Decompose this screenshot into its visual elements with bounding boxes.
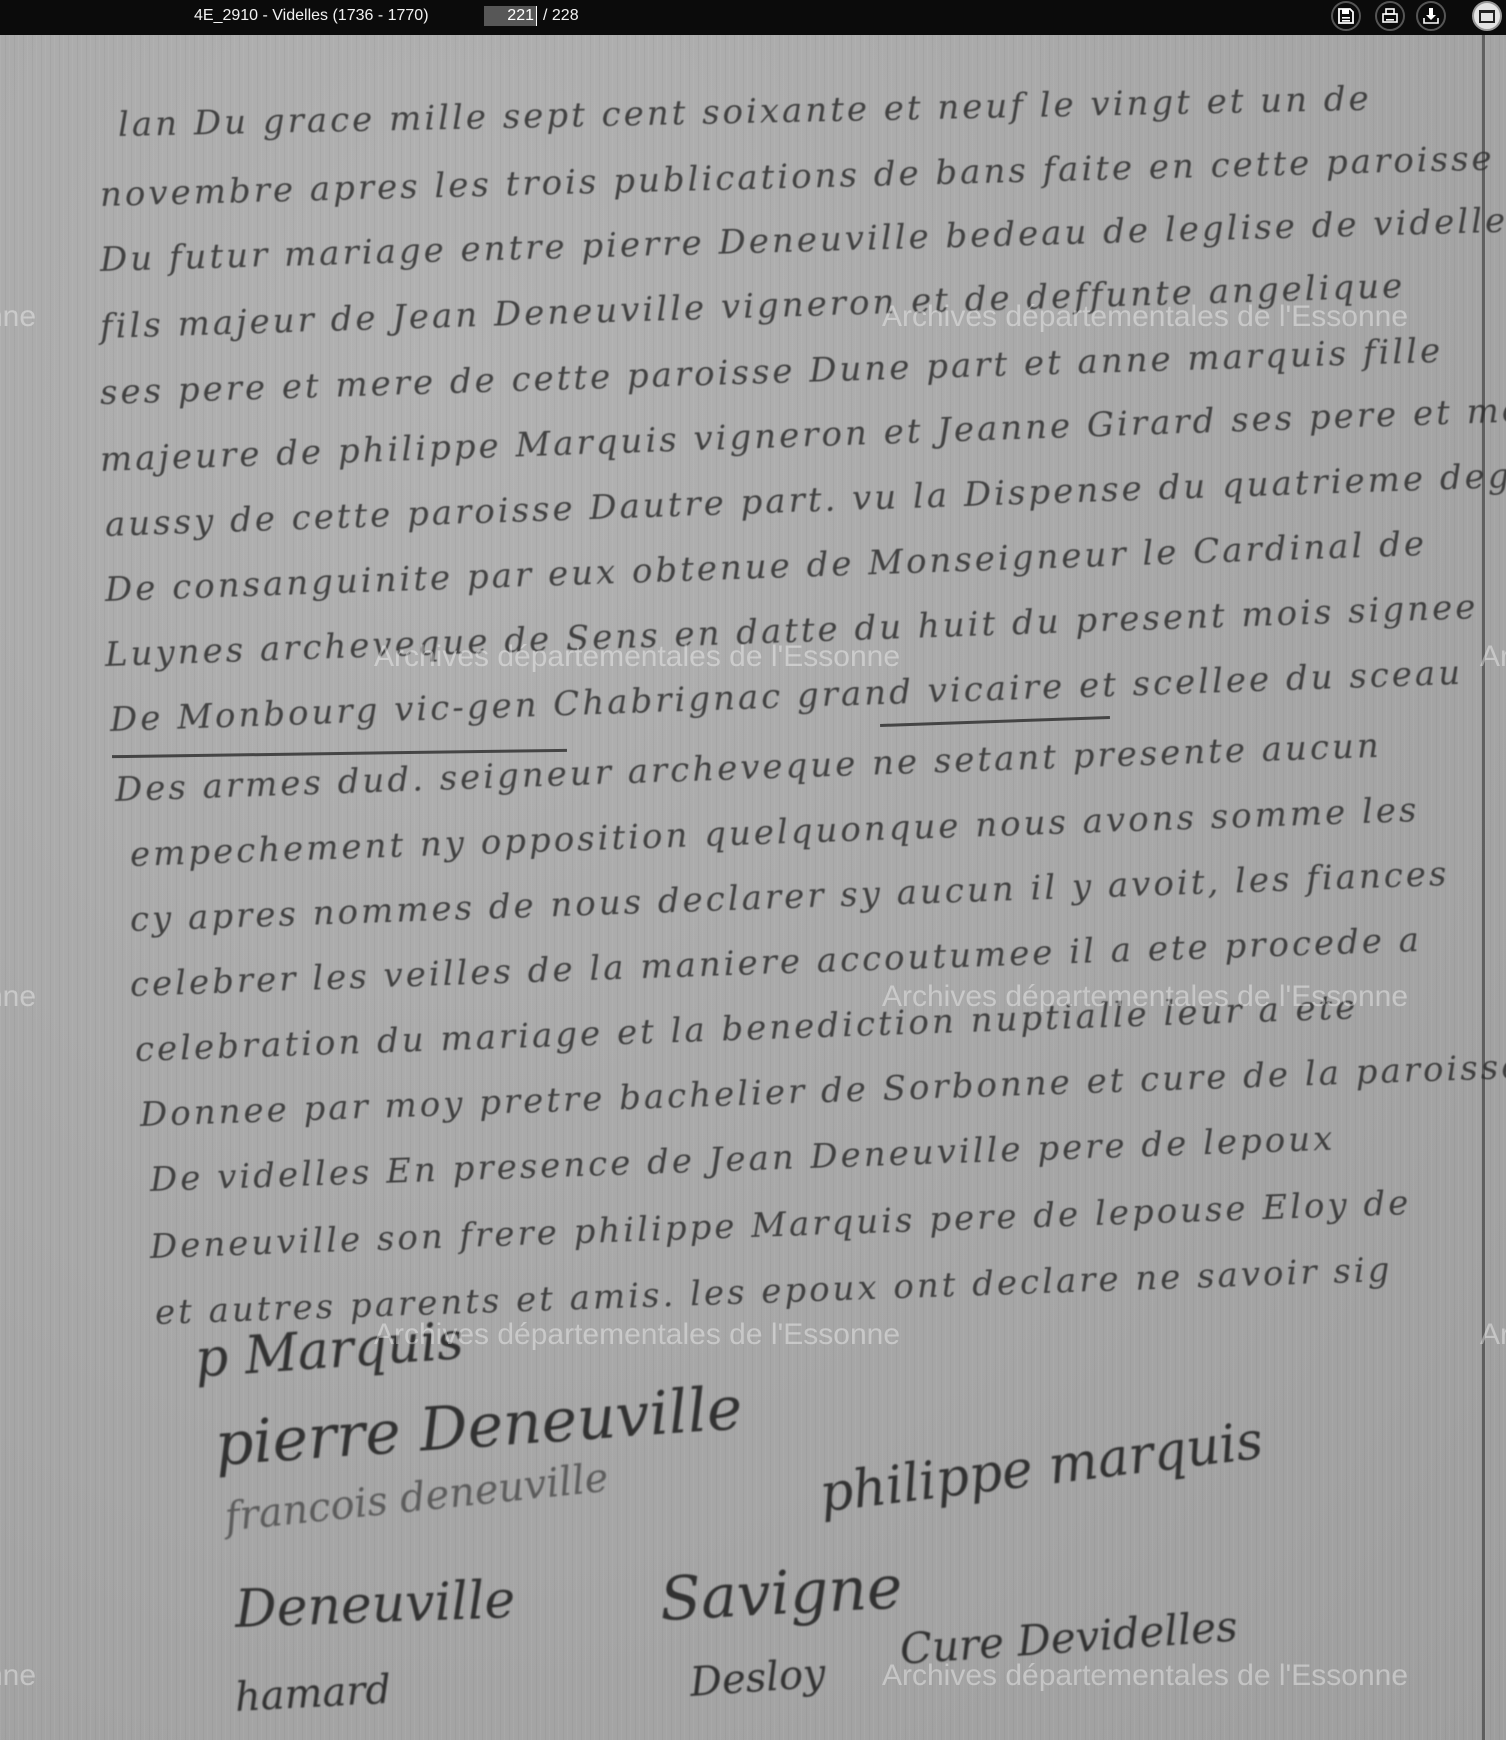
watermark-text: Archives départementales de l'Essonne [0,980,36,1014]
download-icon [1422,7,1440,25]
signature: Desloy [688,1651,827,1706]
manuscript-line: Du futur mariage entre pierre Deneuville… [99,200,1506,280]
manuscript-line: celebration du mariage et la benediction… [134,987,1359,1070]
save-button[interactable] [1331,1,1361,31]
watermark-text: Archives départementales de l'Essonne [0,300,36,334]
watermark-text: Archives départementales de l'Essonne [0,1659,36,1693]
page-navigation: / 228 [484,5,579,27]
document-viewer[interactable]: lan Du grace mille sept cent soixante et… [0,35,1506,1740]
signature: philippe marquis [816,1411,1266,1525]
viewer-toolbar: 4E_2910 - Videlles (1736 - 1770) / 228 [0,0,1506,35]
underline-stroke [880,716,1110,727]
page-margin-line [1482,35,1485,1740]
manuscript-line: novembre apres les trois publications de… [99,138,1495,215]
print-button[interactable] [1375,1,1405,31]
printer-icon [1381,7,1399,25]
manuscript-line: fils majeur de Jean Deneuville vigneron … [99,266,1405,347]
manuscript-line: lan Du grace mille sept cent soixante et… [118,79,1373,145]
manuscript-line: De videlles En presence de Jean Deneuvil… [149,1119,1336,1200]
page-number-input[interactable] [484,6,537,26]
fullscreen-button[interactable] [1472,1,1502,31]
download-button[interactable] [1416,1,1446,31]
floppy-disk-icon [1337,7,1355,25]
signature: Cure Devidelles [898,1601,1239,1673]
manuscript-line: Deneuville son frere philippe Marquis pe… [149,1183,1412,1267]
signature: Savigne [658,1552,904,1635]
signature: Deneuville [234,1570,516,1640]
page-total: / 228 [543,7,579,25]
signature: pierre Deneuville [213,1373,745,1480]
signature: hamard [234,1667,392,1721]
window-icon [1478,7,1496,25]
document-title: 4E_2910 - Videlles (1736 - 1770) [194,6,429,26]
